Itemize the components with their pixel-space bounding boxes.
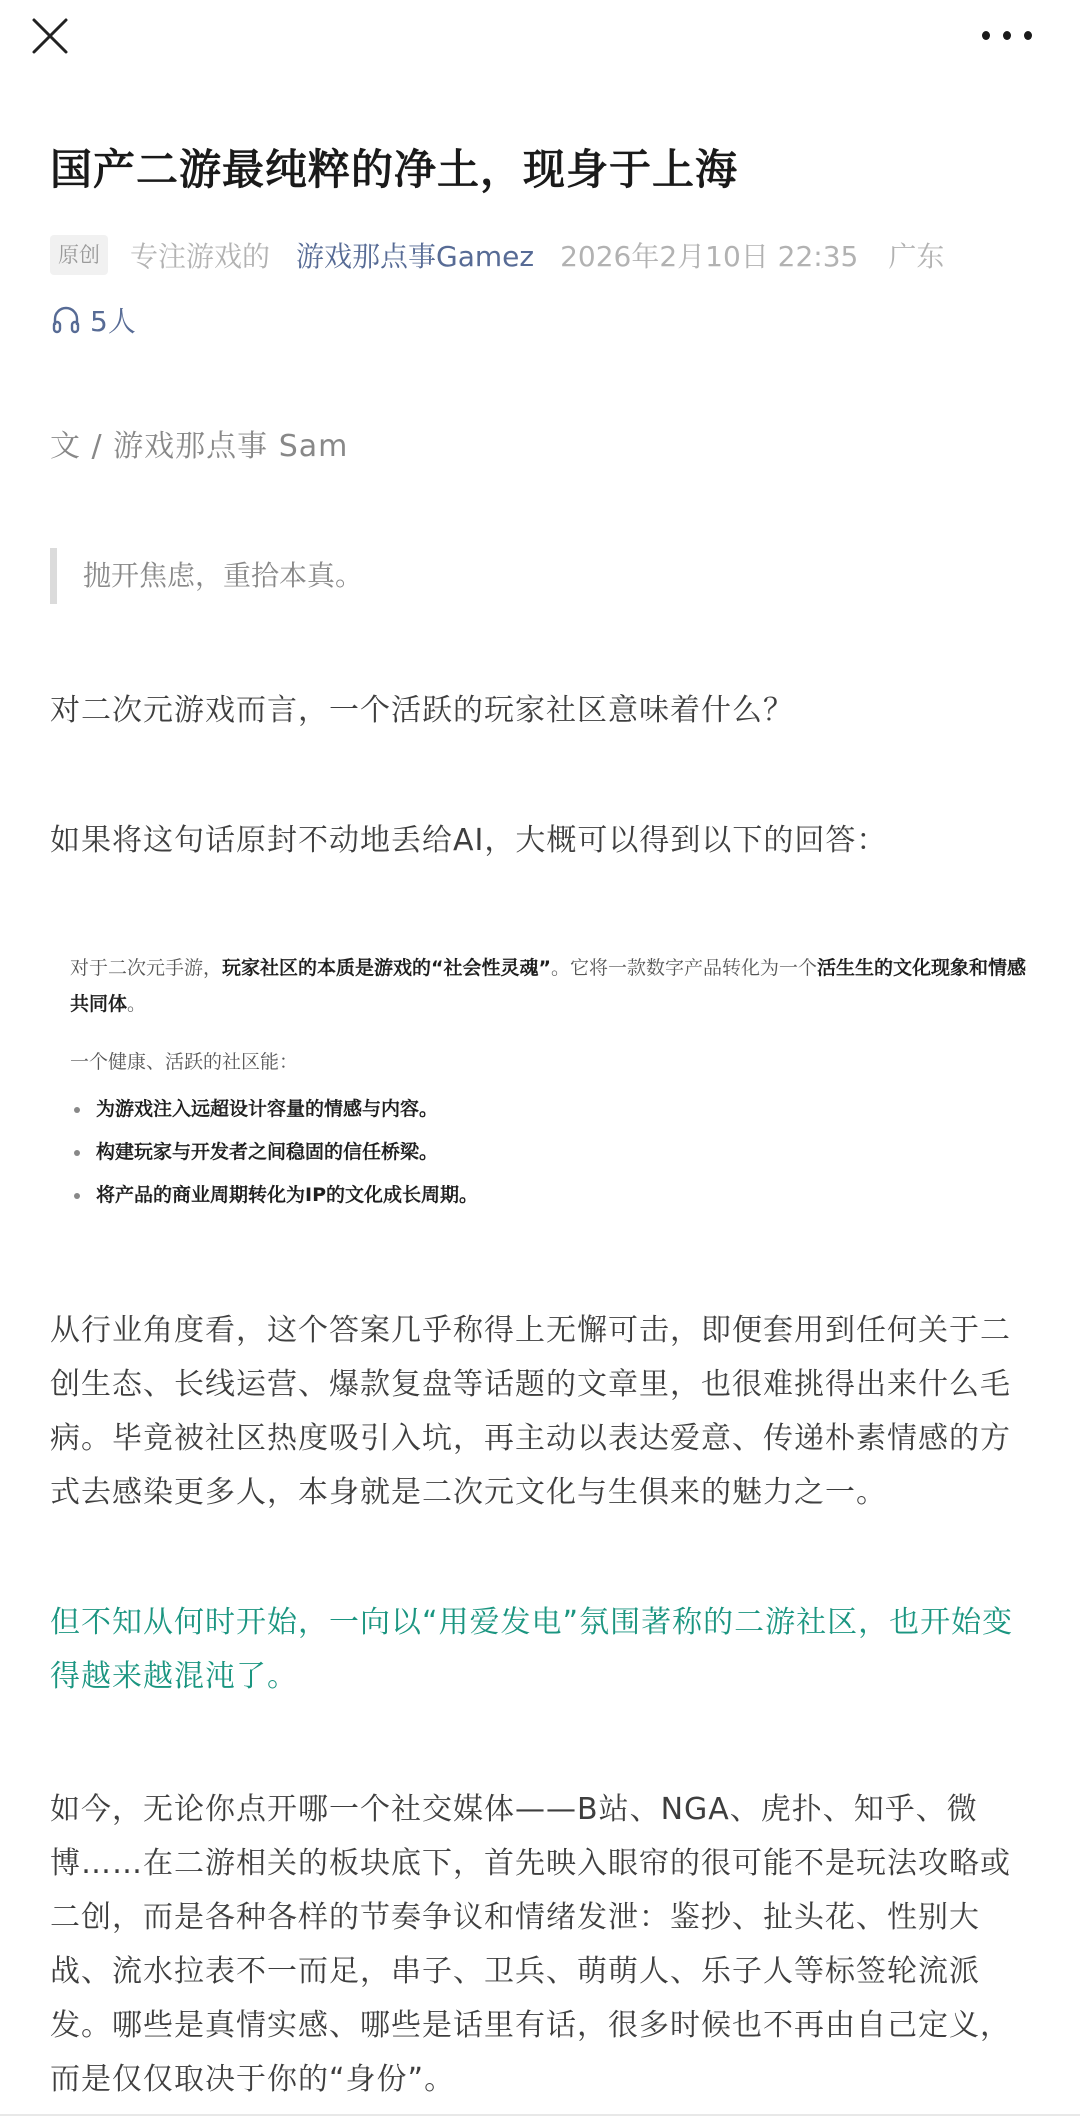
- publish-location: 广东: [888, 235, 944, 275]
- list-item: 为游戏注入远超设计容量的情感与内容。: [70, 1088, 478, 1131]
- close-icon: [30, 16, 70, 56]
- author-link[interactable]: 游戏那点事Gamez: [296, 235, 534, 275]
- ai-answer-screenshot[interactable]: 对于二次元手游，玩家社区的本质是游戏的“社会性灵魂”。它将一款数字产品转化为一个…: [50, 940, 1030, 1230]
- list-item-text: 为游戏注入远超设计容量的情感与内容。: [96, 1088, 438, 1131]
- listen-button[interactable]: 5人: [52, 300, 136, 340]
- bullet-icon: [74, 1107, 80, 1113]
- original-badge: 原创: [50, 235, 108, 275]
- paragraph: 如果将这句话原封不动地丢给AI，大概可以得到以下的回答：: [50, 814, 1030, 868]
- intro-text: 。它将一款数字产品转化为一个: [551, 957, 817, 979]
- article-title: 国产二游最纯粹的净土，现身于上海: [50, 140, 1040, 200]
- top-bar: [0, 0, 1080, 80]
- more-icon: [982, 31, 990, 40]
- paragraph: 如今，无论你点开哪一个社交媒体——B站、NGA、虎扑、知乎、微博……在二游相关的…: [50, 1783, 1030, 2107]
- close-button[interactable]: [30, 16, 70, 56]
- list-item: 将产品的商业周期转化为IP的文化成长周期。: [70, 1174, 478, 1217]
- highlight-paragraph: 但不知从何时开始，一向以“用爱发电”氛围著称的二游社区，也开始变得越来越混沌了。: [50, 1596, 1030, 1704]
- article-page: 国产二游最纯粹的净土，现身于上海 原创 专注游戏的 游戏那点事Gamez 202…: [0, 0, 1080, 2121]
- byline: 文 / 游戏那点事 Sam: [50, 420, 1030, 474]
- intro-text: 。: [127, 993, 146, 1015]
- quote-block: 抛开焦虑，重拾本真。: [50, 548, 1030, 604]
- publish-date: 2026年2月10日 22:35: [560, 235, 858, 275]
- ai-answer-lead: 一个健康、活跃的社区能：: [70, 1044, 1030, 1080]
- more-icon: [1024, 31, 1032, 40]
- bullet-icon: [74, 1193, 80, 1199]
- paragraph: 对二次元游戏而言，一个活跃的玩家社区意味着什么？: [50, 684, 1030, 738]
- list-item: 构建玩家与开发者之间稳固的信任桥梁。: [70, 1131, 478, 1174]
- list-item-text: 将产品的商业周期转化为IP的文化成长周期。: [96, 1174, 478, 1217]
- bullet-icon: [74, 1150, 80, 1156]
- paragraph: 从行业角度看，这个答案几乎称得上无懈可击，即便套用到任何关于二创生态、长线运营、…: [50, 1304, 1030, 1520]
- intro-text: 对于二次元手游，: [70, 957, 222, 979]
- headphones-icon: [52, 305, 80, 335]
- ai-answer-intro: 对于二次元手游，玩家社区的本质是游戏的“社会性灵魂”。它将一款数字产品转化为一个…: [70, 950, 1030, 1022]
- listener-count: 5人: [90, 300, 136, 340]
- ai-answer-list: 为游戏注入远超设计容量的情感与内容。 构建玩家与开发者之间稳固的信任桥梁。 将产…: [70, 1088, 478, 1217]
- more-icon: [1003, 31, 1011, 40]
- author-tagline: 专注游戏的: [130, 235, 270, 275]
- more-button[interactable]: [982, 22, 1032, 48]
- list-item-text: 构建玩家与开发者之间稳固的信任桥梁。: [96, 1131, 438, 1174]
- article-meta: 原创 专注游戏的 游戏那点事Gamez 2026年2月10日 22:35 广东: [50, 234, 944, 276]
- intro-bold: 玩家社区的本质是游戏的“社会性灵魂”: [222, 957, 551, 979]
- divider: [0, 2114, 1080, 2116]
